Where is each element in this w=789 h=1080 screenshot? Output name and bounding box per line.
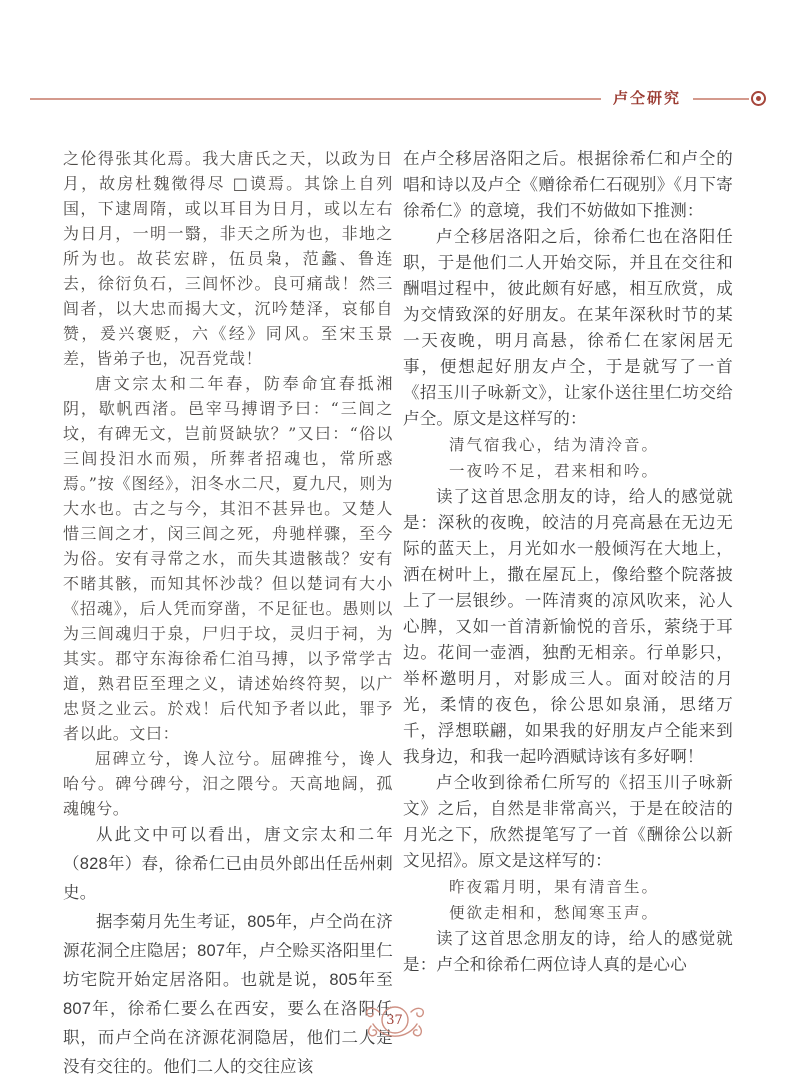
header-rule-long — [30, 98, 601, 100]
bullseye-icon — [751, 91, 766, 106]
poem-line: 清气宿我心，结为清泠音。 — [403, 432, 733, 458]
commentary-paragraph: 读了这首思念朋友的诗，给人的感觉就是：深秋的夜晚，皎洁的月亮高悬在无边无际的蓝天… — [403, 484, 733, 770]
article-body: 之伦得张其化焉。我大唐氏之天，以政为日月，故房杜魏徵得尽 □谟焉。其馀上自列国，… — [63, 146, 733, 1080]
page-number: 37 — [349, 1013, 441, 1028]
classical-paragraph: 唐文宗太和二年春，防奉命宜春抵湘阴，歇帆西渚。邑宰马搏谓予曰：“三闾之坟，有碑无… — [63, 371, 393, 746]
commentary-paragraph: 读了这首思念朋友的诗，给人的感觉就是：卢仝和徐希仁两位诗人真的是心心 — [403, 926, 733, 978]
commentary-paragraph: 从此文中可以看出，唐文宗太和二年（828年）春，徐希仁已由员外郎出任岳州刺史。 — [63, 821, 393, 908]
poem-line: 便欲走相和，愁闻寒玉声。 — [403, 900, 733, 926]
page-footer: 37 — [0, 1004, 789, 1052]
classical-paragraph: 之伦得张其化焉。我大唐氏之天，以政为日月，故房杜魏徵得尽 □谟焉。其馀上自列国，… — [63, 146, 393, 371]
right-column: 在卢仝移居洛阳之后。根据徐希仁和卢仝的唱和诗以及卢仝《赠徐希仁石砚别》《月下寄徐… — [403, 146, 733, 1080]
book-page: 卢仝研究 之伦得张其化焉。我大唐氏之天，以政为日月，故房杜魏徵得尽 □谟焉。其馀… — [0, 0, 789, 1080]
verse-paragraph: 屈碑立兮，谗人泣兮。屈碑推兮，谗人咍兮。碑兮碑兮，汨之隈兮。天高地阔，孤魂魄兮。 — [63, 746, 393, 821]
poem-line: 一夜吟不足，君来相和吟。 — [403, 458, 733, 484]
left-column: 之伦得张其化焉。我大唐氏之天，以政为日月，故房杜魏徵得尽 □谟焉。其馀上自列国，… — [63, 146, 393, 1080]
page-header: 卢仝研究 — [30, 91, 766, 106]
poem-line: 昨夜霜月明，果有清音生。 — [403, 874, 733, 900]
commentary-paragraph: 据李菊月先生考证，805年，卢仝尚在济源花洞仝庄隐居；807年，卢仝赊买洛阳里仁… — [63, 908, 393, 1080]
commentary-paragraph: 卢仝移居洛阳之后，徐希仁也在洛阳任职，于是他们二人开始交际，并且在交往和酬唱过程… — [403, 224, 733, 432]
commentary-paragraph: 在卢仝移居洛阳之后。根据徐希仁和卢仝的唱和诗以及卢仝《赠徐希仁石砚别》《月下寄徐… — [403, 146, 733, 224]
section-title: 卢仝研究 — [613, 91, 681, 106]
page-number-ornament: 37 — [349, 1004, 441, 1052]
header-rule-short — [693, 98, 749, 100]
ornament-flourish-icon — [349, 1004, 441, 1052]
commentary-paragraph: 卢仝收到徐希仁所写的《招玉川子咏新文》之后，自然是非常高兴，于是在皎洁的月光之下… — [403, 770, 733, 874]
